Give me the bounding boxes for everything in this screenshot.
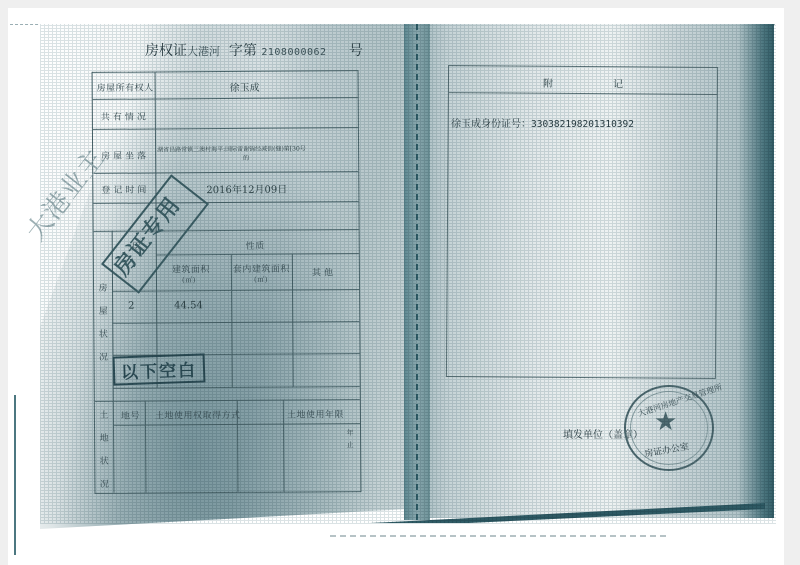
column-divider — [145, 401, 147, 493]
co-ownership-label: 共有情况 — [101, 110, 149, 123]
column-divider — [292, 254, 294, 387]
address-value: 湖省昌路常镇三澳村海平:国际雷谢锦经减街(缝)第[30号 — [157, 143, 306, 153]
certificate-title: 房权证大港河 字第 2108000062 号 — [145, 40, 363, 60]
annex-box: 附记 — [446, 65, 718, 379]
building-area-value: 44.54 — [174, 300, 203, 311]
title-suffix: 号 — [349, 43, 363, 59]
nature-header: 性质 — [246, 239, 265, 252]
register-date-value: 2016年12月09日 — [206, 181, 287, 197]
land-term-extra: 年止 — [345, 427, 355, 451]
building-area-unit: (㎡) — [182, 275, 196, 285]
inner-area-unit: (㎡) — [254, 275, 268, 285]
register-date-label: 登记时间 — [101, 183, 149, 196]
annex-id-number: 330382198201310392 — [531, 119, 634, 130]
floors-value: 2 — [128, 301, 134, 312]
building-area-column: 建筑面积 — [172, 262, 210, 275]
annex-title: 附记 — [449, 74, 717, 91]
annex-id-label: 徐玉成身份证号： — [451, 119, 531, 130]
title-prefix: 房权证 — [145, 43, 187, 59]
row-divider — [112, 289, 359, 292]
gutter-stitch-line — [416, 24, 418, 520]
land-status-label: 土地状况 — [99, 405, 110, 497]
scan-smudge — [330, 535, 670, 537]
other-column: 其他 — [312, 265, 336, 278]
row-divider — [93, 201, 358, 204]
column-divider — [283, 400, 285, 492]
title-middle: 字第 — [229, 43, 257, 59]
row-divider — [93, 127, 358, 130]
region-name: 大港河 — [187, 45, 220, 58]
section-divider — [95, 399, 360, 402]
star-icon: ★ — [654, 407, 677, 437]
annex-id-note: 徐玉成身份证号：330382198201310392 — [451, 115, 634, 130]
certificate-number: 2108000062 — [261, 47, 326, 58]
land-term-column: 土地使用年限 — [287, 407, 344, 420]
address-value-line2: 的 — [243, 153, 249, 162]
house-status-label: 房屋状况 — [98, 278, 109, 370]
inner-area-column: 套内建筑面积 — [233, 262, 290, 275]
blank-below-stamp: 以下空白 — [113, 353, 206, 385]
row-divider — [113, 386, 360, 389]
land-number-column: 地号 — [121, 409, 140, 422]
row-divider — [93, 97, 358, 100]
official-seal: 大港河房地产交易管理所 ★ 房证办公室 — [624, 385, 714, 471]
scan-left-edge — [14, 395, 16, 555]
owner-value: 徐玉成 — [230, 79, 260, 94]
owner-label: 房屋所有权人 — [97, 81, 154, 94]
annex-header-divider — [449, 92, 717, 95]
row-divider — [156, 253, 359, 255]
row-divider — [93, 171, 358, 174]
row-divider — [112, 321, 359, 324]
land-use-right-column: 土地使用权取得方式 — [155, 408, 241, 422]
